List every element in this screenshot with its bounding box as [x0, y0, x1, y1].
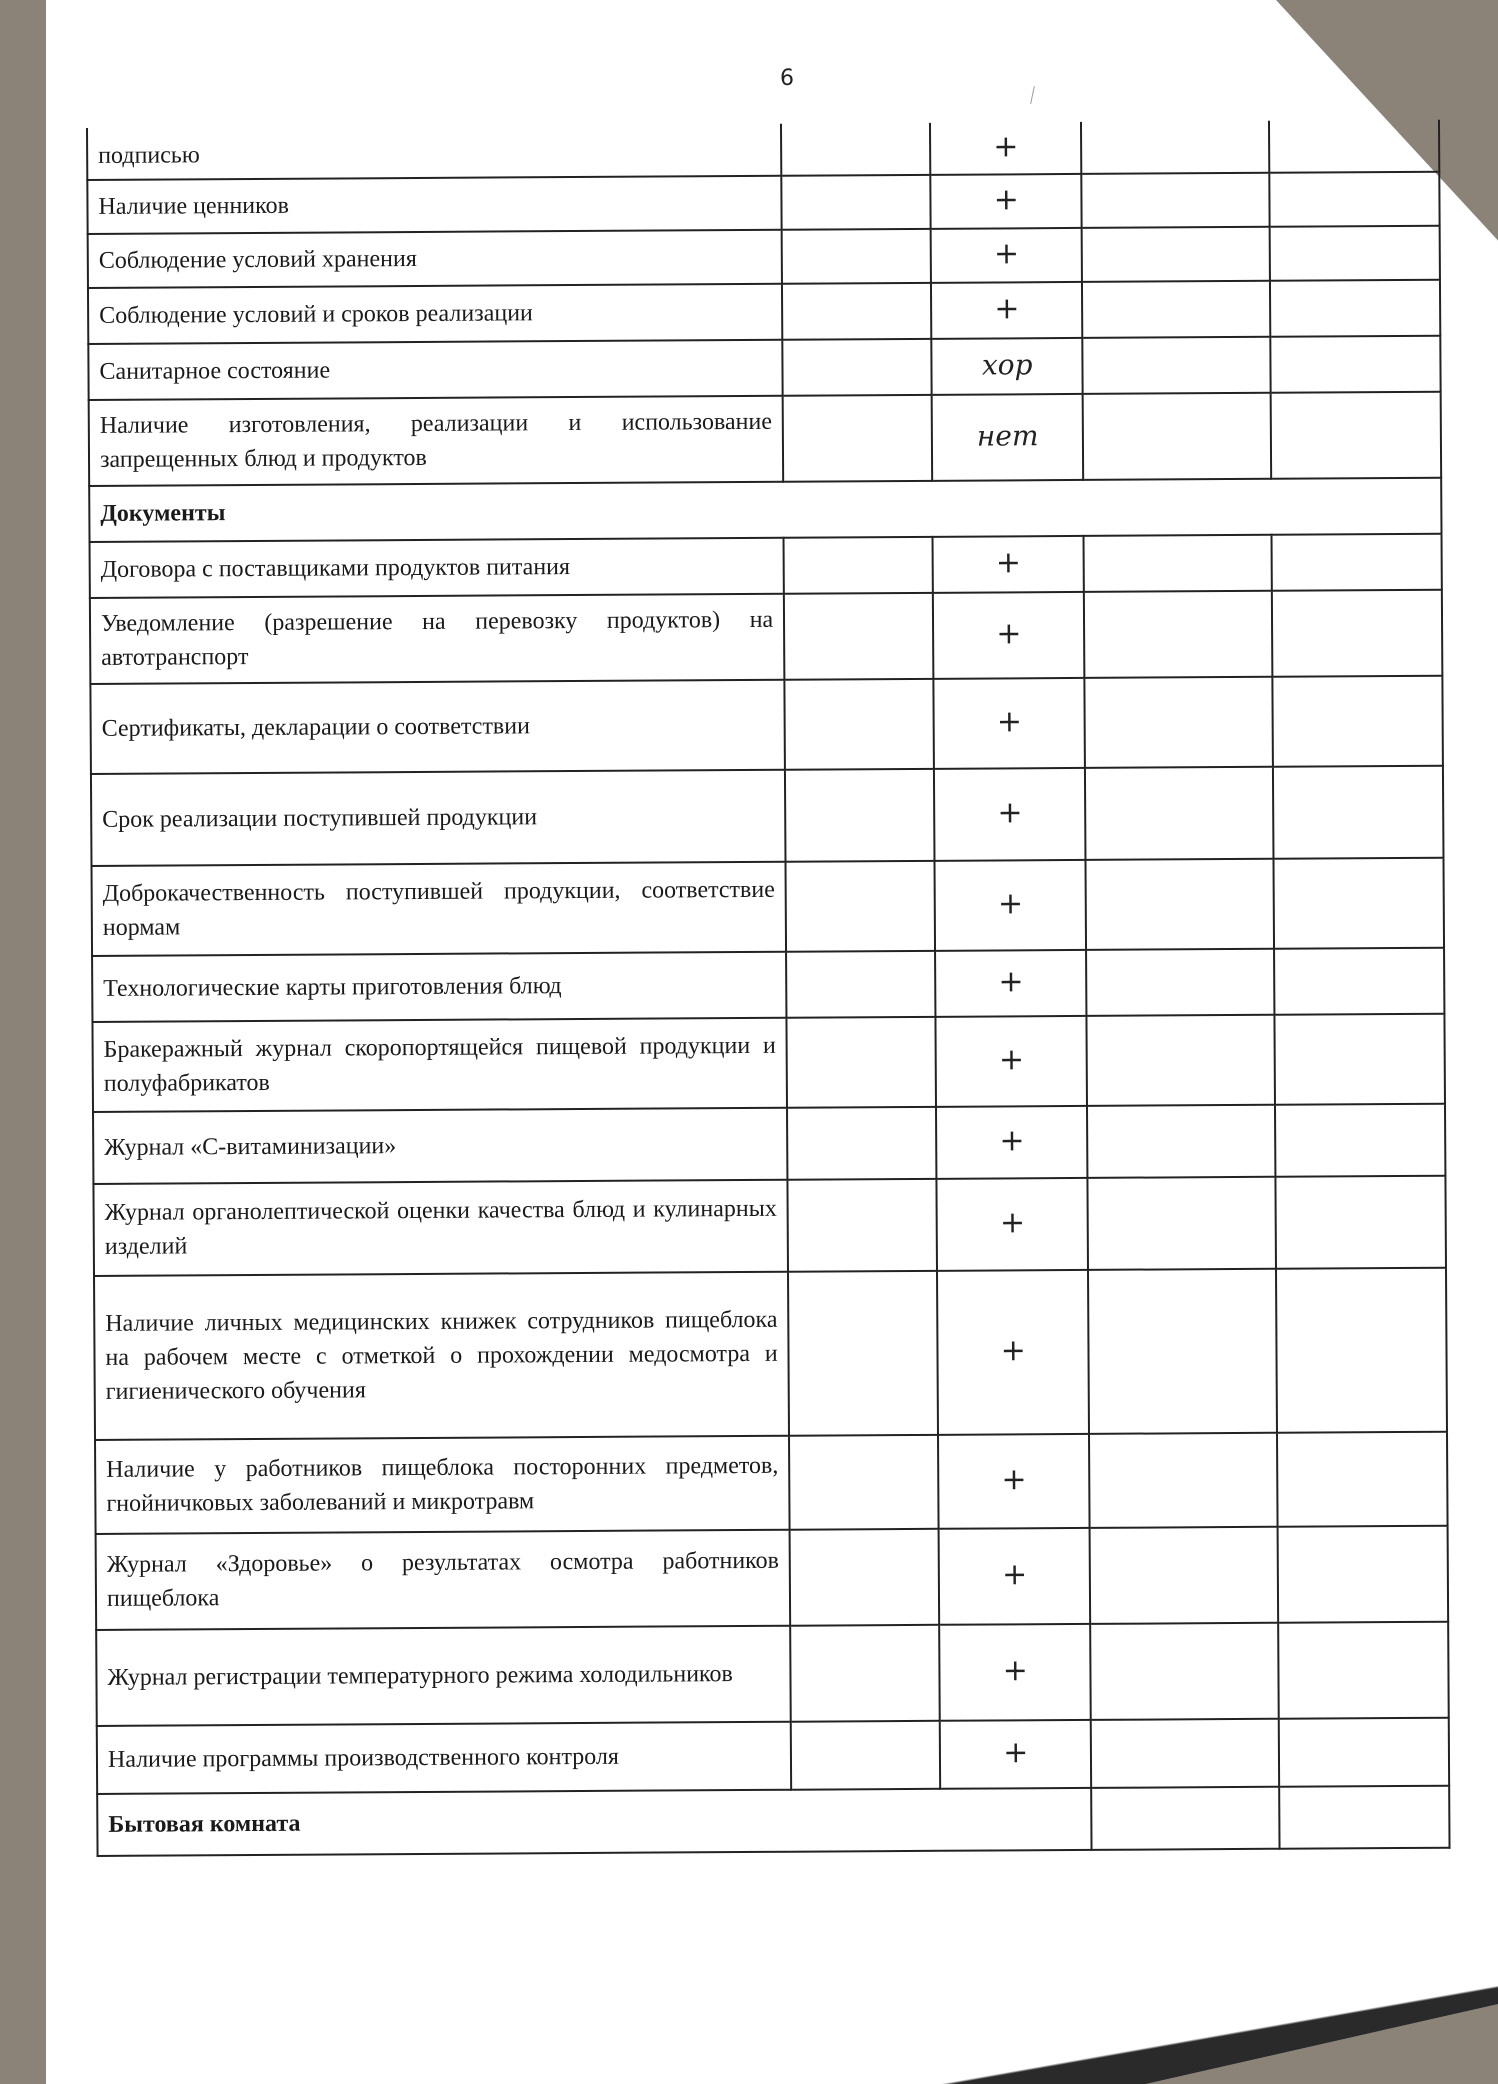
empty-cell	[1085, 677, 1273, 768]
empty-cell	[1275, 1176, 1446, 1269]
mark-cell: +	[937, 1270, 1089, 1435]
mark-cell: +	[934, 768, 1086, 861]
handwritten-plus-mark: +	[1003, 1736, 1028, 1770]
criterion-label: Бракеражный журнал скоропортящейся пищев…	[92, 1018, 787, 1112]
mark-cell: +	[940, 1720, 1092, 1789]
table-row: Наличие у работников пищеблока посторонн…	[95, 1432, 1448, 1534]
scan-shadow	[916, 1964, 1498, 2084]
empty-cell	[1276, 1268, 1447, 1433]
empty-cell	[1279, 1718, 1450, 1787]
empty-cell	[789, 1435, 939, 1530]
table-row: подписью+	[87, 120, 1439, 180]
criterion-label: Сертификаты, декларации о соответствии	[90, 680, 785, 774]
empty-cell	[781, 175, 930, 230]
empty-cell	[785, 679, 935, 770]
criterion-label: Срок реализации поступившей продукции	[91, 770, 786, 866]
empty-cell	[787, 1017, 937, 1108]
criterion-label: Уведомление (разрешение на перевозку про…	[90, 594, 785, 684]
section-row: Документы	[89, 478, 1441, 542]
empty-cell	[1086, 949, 1274, 1016]
table-row: Бракеражный журнал скоропортящейся пищев…	[92, 1014, 1445, 1112]
handwritten-plus-mark: +	[993, 130, 1018, 164]
table-row: Журнал органолептической оценки качества…	[93, 1176, 1446, 1276]
empty-cell	[784, 537, 933, 594]
handwritten-note: хор	[982, 348, 1033, 382]
handwritten-plus-mark: +	[1003, 1654, 1028, 1688]
table-row: Журнал регистрации температурного режима…	[96, 1622, 1449, 1726]
empty-cell	[1274, 948, 1445, 1015]
empty-cell	[1272, 676, 1443, 767]
empty-cell	[786, 861, 936, 952]
empty-cell	[1091, 1623, 1279, 1720]
table-row: Срок реализации поступившей продукции+	[91, 766, 1444, 866]
empty-cell	[1269, 120, 1439, 173]
empty-cell	[782, 339, 931, 396]
mark-cell: +	[937, 1178, 1089, 1271]
inspection-checklist-table: подписью+Наличие ценников+Соблюдение усл…	[86, 120, 1451, 1857]
mark-cell: +	[933, 536, 1085, 593]
mark-cell: +	[939, 1624, 1091, 1721]
empty-cell	[1081, 121, 1269, 174]
table-row: Наличие программы производственного конт…	[97, 1718, 1449, 1794]
empty-cell	[1273, 858, 1444, 949]
criterion-label: Санитарное состояние	[88, 340, 782, 400]
mark-cell: +	[938, 1434, 1090, 1529]
criterion-label: Технологические карты приготовления блюд	[92, 952, 787, 1022]
empty-cell	[1088, 1269, 1276, 1434]
criterion-label: подписью	[87, 124, 781, 180]
table-row: Наличие ценников+	[87, 172, 1439, 234]
table-row: Наличие личных медицинских книжек сотруд…	[94, 1268, 1447, 1440]
empty-cell	[1277, 1526, 1448, 1623]
table-row: Доброкачественность поступившей продукци…	[92, 858, 1445, 956]
empty-cell	[1082, 281, 1270, 338]
empty-cell	[791, 1721, 940, 1790]
empty-cell	[1085, 767, 1273, 860]
table-row: Технологические карты приготовления блюд…	[92, 948, 1444, 1022]
empty-cell	[1086, 859, 1274, 950]
empty-cell	[1275, 1104, 1446, 1177]
empty-cell	[1273, 766, 1444, 859]
empty-cell	[1278, 1622, 1449, 1719]
mark-cell: +	[936, 1016, 1088, 1107]
empty-cell	[1087, 1015, 1275, 1106]
empty-cell	[787, 1107, 936, 1180]
criterion-label: Наличие ценников	[87, 176, 781, 234]
page-number: 6	[780, 66, 794, 91]
criterion-label: Договора с поставщиками продуктов питани…	[90, 538, 784, 598]
empty-cell	[1089, 1433, 1277, 1528]
empty-cell	[790, 1625, 940, 1722]
handwritten-plus-mark: +	[1002, 1558, 1027, 1592]
empty-cell	[1277, 1432, 1448, 1527]
table-row: Уведомление (разрешение на перевозку про…	[90, 590, 1443, 684]
table-row: Наличие изготовления, реализации и испол…	[89, 392, 1442, 486]
empty-cell	[1279, 1786, 1450, 1849]
empty-cell	[788, 1179, 938, 1272]
section-heading: Документы	[89, 478, 1441, 542]
empty-cell	[1274, 1014, 1445, 1105]
empty-cell	[1270, 280, 1440, 337]
table-row: Журнал «С-витаминизации»+	[93, 1104, 1445, 1184]
mark-cell: +	[933, 678, 1085, 769]
mark-cell: +	[931, 228, 1083, 283]
handwritten-plus-mark: +	[999, 1043, 1024, 1077]
empty-cell	[1087, 1105, 1275, 1178]
mark-cell: +	[933, 592, 1085, 679]
handwritten-plus-mark: +	[994, 183, 1019, 217]
criterion-label: Журнал «Здоровье» о результатах осмотра …	[96, 1530, 791, 1630]
criterion-label: Соблюдение условий и сроков реализации	[88, 284, 782, 344]
empty-cell	[1088, 1177, 1276, 1270]
empty-cell	[783, 395, 932, 482]
empty-cell	[1082, 227, 1270, 282]
handwritten-plus-mark: +	[996, 617, 1021, 651]
empty-cell	[1092, 1787, 1280, 1850]
table-row: Соблюдение условий и сроков реализации+	[88, 280, 1440, 344]
section-heading: Бытовая комната	[97, 1788, 1092, 1856]
empty-cell	[1271, 534, 1441, 591]
empty-cell	[1082, 173, 1270, 228]
handwritten-plus-mark: +	[998, 965, 1023, 999]
empty-cell	[1270, 336, 1440, 393]
mark-cell: +	[930, 122, 1082, 175]
mark-cell: +	[939, 1528, 1091, 1625]
empty-cell	[1084, 535, 1272, 592]
handwritten-plus-mark: +	[1001, 1463, 1026, 1497]
empty-cell	[1270, 392, 1441, 479]
empty-cell	[785, 769, 935, 862]
mark-cell: +	[935, 950, 1087, 1017]
criterion-label: Журнал регистрации температурного режима…	[96, 1626, 791, 1726]
table-row: Санитарное состояниехор	[88, 336, 1440, 400]
table-row: Договора с поставщиками продуктов питани…	[90, 534, 1442, 598]
empty-cell	[790, 1529, 940, 1626]
handwritten-plus-mark: +	[996, 546, 1021, 580]
handwritten-plus-mark: +	[1000, 1206, 1025, 1240]
empty-cell	[1269, 226, 1439, 281]
mark-cell: +	[936, 1106, 1088, 1179]
handwritten-plus-mark: +	[999, 1124, 1024, 1158]
criterion-label: Наличие у работников пищеблока посторонн…	[95, 1436, 790, 1534]
empty-cell	[782, 229, 931, 284]
empty-cell	[786, 951, 935, 1018]
mark-cell: +	[931, 282, 1083, 339]
empty-cell	[1083, 393, 1271, 480]
criterion-label: Журнал органолептической оценки качества…	[93, 1180, 788, 1276]
empty-cell	[781, 123, 930, 176]
criterion-label: Наличие личных медицинских книжек сотруд…	[94, 1272, 789, 1440]
handwritten-plus-mark: +	[997, 796, 1022, 830]
mark-cell: нет	[932, 394, 1084, 481]
empty-cell	[782, 283, 931, 340]
table-row: Сертификаты, декларации о соответствии+	[90, 676, 1443, 774]
table-row: Журнал «Здоровье» о результатах осмотра …	[96, 1526, 1449, 1630]
handwritten-plus-mark: +	[994, 237, 1019, 271]
empty-cell	[1090, 1527, 1278, 1624]
mark-cell: хор	[931, 338, 1083, 395]
mark-cell: +	[930, 174, 1082, 229]
section-row: Бытовая комната	[97, 1786, 1449, 1856]
empty-cell	[1084, 591, 1272, 678]
empty-cell	[1083, 337, 1271, 394]
criterion-label: Наличие программы производственного конт…	[97, 1722, 792, 1794]
handwritten-plus-mark: +	[1001, 1334, 1026, 1368]
empty-cell	[788, 1271, 938, 1436]
empty-cell	[1091, 1719, 1279, 1788]
criterion-label: Наличие изготовления, реализации и испол…	[89, 396, 784, 486]
handwritten-plus-mark: +	[994, 292, 1019, 326]
criterion-label: Соблюдение условий хранения	[88, 230, 782, 288]
criterion-label: Доброкачественность поступившей продукци…	[92, 862, 787, 956]
handwritten-plus-mark: +	[998, 887, 1023, 921]
mark-cell: +	[935, 860, 1087, 951]
table-row: Соблюдение условий хранения+	[88, 226, 1440, 288]
handwritten-plus-mark: +	[997, 705, 1022, 739]
empty-cell	[784, 593, 933, 680]
empty-cell	[1272, 590, 1443, 677]
criterion-label: Журнал «С-витаминизации»	[93, 1108, 788, 1184]
handwritten-note: нет	[977, 419, 1039, 453]
empty-cell	[1269, 172, 1439, 227]
